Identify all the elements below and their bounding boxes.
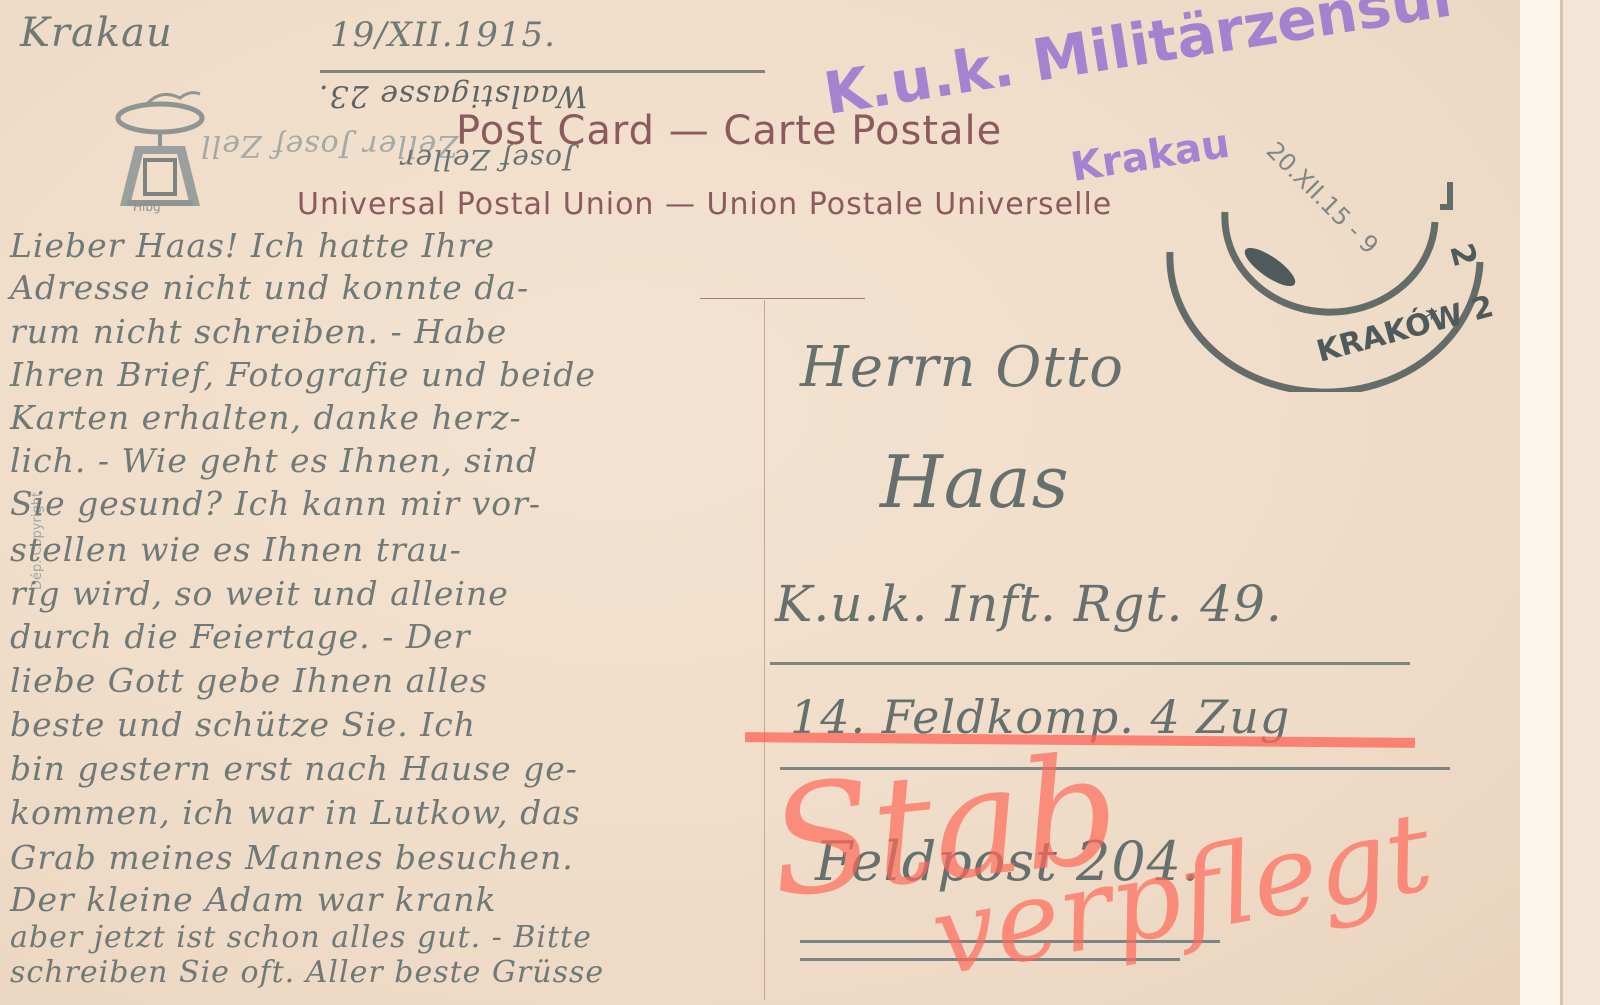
message-line: beste und schütze Sie. Ich (10, 705, 476, 744)
publisher-logo-icon (105, 88, 215, 218)
message-line: Adresse nicht und konnte da- (10, 268, 529, 307)
message-line: Lieber Haas! Ich hatte Ihre (10, 226, 495, 265)
message-line: rig wird, so weit und alleine (10, 574, 509, 613)
handwritten-place: Krakau (20, 10, 173, 56)
center-divider (764, 300, 765, 1000)
postmark-city: KRAKÓW 2 (1312, 287, 1497, 370)
message-line: aber jetzt ist schon alles gut. - Bitte (10, 920, 592, 955)
message-line: lich. - Wie geht es Ihnen, sind (10, 441, 538, 480)
message-line: liebe Gott gebe Ihnen alles (10, 661, 488, 700)
date-underline (320, 70, 765, 73)
message-line: rum nicht schreiben. - Habe (10, 312, 507, 351)
message-line: Der kleine Adam war krank (10, 880, 496, 919)
address-name: Haas (880, 440, 1070, 524)
message-line: Grab meines Mannes besuchen. (10, 838, 574, 877)
message-line: Sie gesund? Ich kann mir vor- (10, 484, 541, 523)
censor-stamp-line1: K.u.k. Militärzensur (819, 0, 1464, 128)
upside-down-note: Waalstigasse 23. (318, 78, 588, 113)
postmark-date: 20.XII.15 - 9 (1261, 136, 1384, 259)
handwritten-date: 19/XII.1915. (330, 15, 556, 55)
message-line: stellen wie es Ihnen trau- (10, 530, 462, 569)
publisher-logo-label: Hlbg (133, 200, 161, 214)
address-salutation: Herrn Otto (800, 335, 1124, 400)
address-underline (770, 662, 1410, 665)
card-edge (1520, 0, 1560, 1005)
upside-down-note: Josef Zeller (400, 143, 574, 176)
message-line: Karten erhalten, danke herz- (10, 398, 522, 437)
message-line: kommen, ich war in Lutkow, das (10, 793, 581, 832)
message-line: bin gestern erst nach Hause ge- (10, 749, 578, 788)
message-line: Ihren Brief, Fotografie und beide (10, 355, 596, 394)
header-subtitle: Universal Postal Union — Union Postale U… (297, 187, 1112, 222)
header-divider (700, 298, 865, 299)
message-line: schreiben Sie oft. Aller beste Grüsse (10, 955, 604, 990)
svg-text:*: * (1425, 304, 1438, 334)
postcard: Post Card — Carte Postale Universal Post… (0, 0, 1563, 1005)
message-line: durch die Feiertage. - Der (10, 617, 471, 656)
address-unit: K.u.k. Inft. Rgt. 49. (775, 575, 1283, 633)
postmark-icon: KRAKÓW 2 20.XII.15 - 9 * 2 (1150, 112, 1500, 392)
